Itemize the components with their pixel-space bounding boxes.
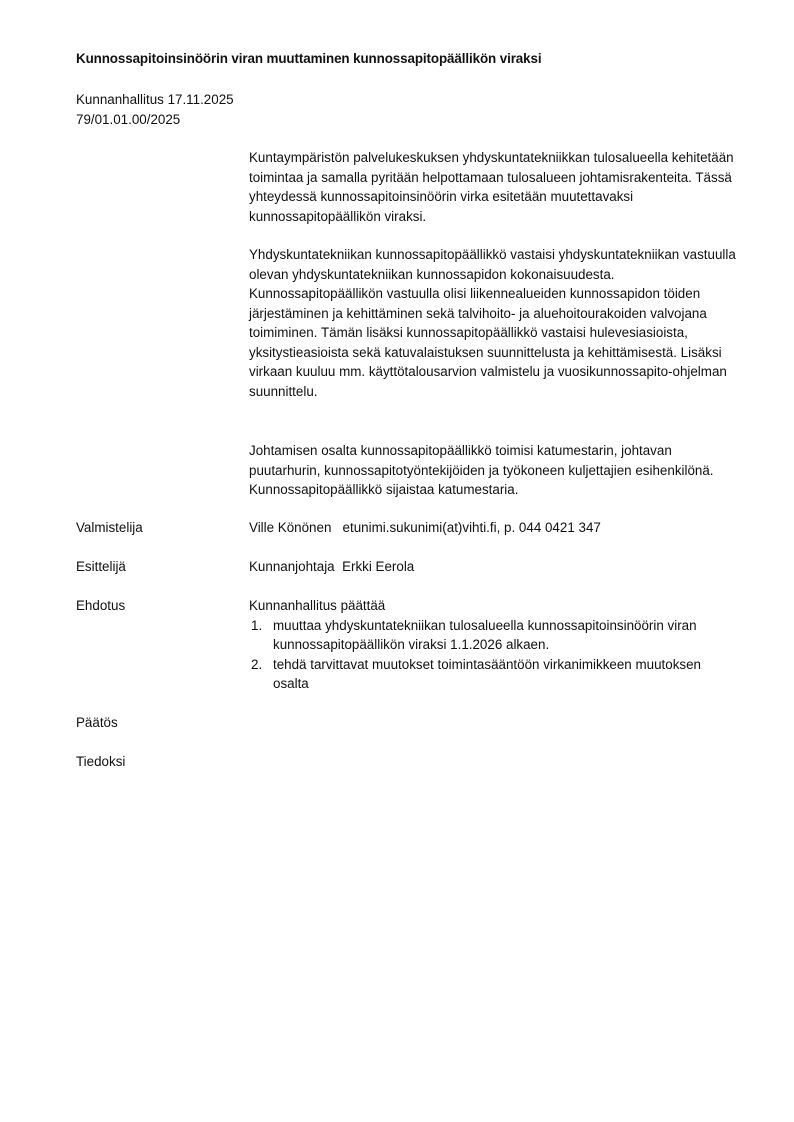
proposal-item: 2. tehdä tarvittavat muutokset toimintas… xyxy=(249,655,733,694)
presenter-value: Kunnanjohtaja Erkki Eerola xyxy=(249,557,749,577)
body-paragraph-2: Yhdyskuntatekniikan kunnossapitopäällikk… xyxy=(249,245,739,401)
document-page: Kunnossapitoinsinöörin viran muuttaminen… xyxy=(0,0,794,1122)
body-paragraph-1: Kuntaympäristön palvelukeskuksen yhdysku… xyxy=(249,148,739,226)
notice-label: Tiedoksi xyxy=(76,752,246,772)
presenter-label: Esittelijä xyxy=(76,557,246,577)
preparer-label: Valmistelija xyxy=(76,518,246,538)
proposal-label: Ehdotus xyxy=(76,596,246,616)
meeting-date: Kunnanhallitus 17.11.2025 xyxy=(76,90,234,110)
proposal-item-number: 1. xyxy=(251,616,262,636)
proposal-item-number: 2. xyxy=(251,655,262,675)
proposal-item-text: tehdä tarvittavat muutokset toimintasään… xyxy=(273,657,701,692)
decision-label: Päätös xyxy=(76,713,246,733)
preparer-value: Ville Könönen etunimi.sukunimi(at)vihti.… xyxy=(249,518,749,538)
proposal-item-text: muuttaa yhdyskuntatekniikan tulosalueell… xyxy=(273,618,697,653)
paragraph-text: Johtamisen osalta kunnossapitopäällikkö … xyxy=(249,441,739,500)
document-title: Kunnossapitoinsinöörin viran muuttaminen… xyxy=(76,51,541,66)
proposal-intro: Kunnanhallitus päättää xyxy=(249,596,749,616)
proposal-list: 1. muuttaa yhdyskuntatekniikan tulosalue… xyxy=(249,616,749,694)
reference-number: 79/01.01.00/2025 xyxy=(76,110,234,130)
body-paragraph-3: Johtamisen osalta kunnossapitopäällikkö … xyxy=(249,441,739,500)
proposal-item: 1. muuttaa yhdyskuntatekniikan tulosalue… xyxy=(249,616,733,655)
proposal-content: Kunnanhallitus päättää 1. muuttaa yhdysk… xyxy=(249,596,749,694)
meeting-info: Kunnanhallitus 17.11.2025 79/01.01.00/20… xyxy=(76,90,234,129)
paragraph-text: Kuntaympäristön palvelukeskuksen yhdysku… xyxy=(249,148,739,226)
paragraph-text: Yhdyskuntatekniikan kunnossapitopäällikk… xyxy=(249,245,739,401)
